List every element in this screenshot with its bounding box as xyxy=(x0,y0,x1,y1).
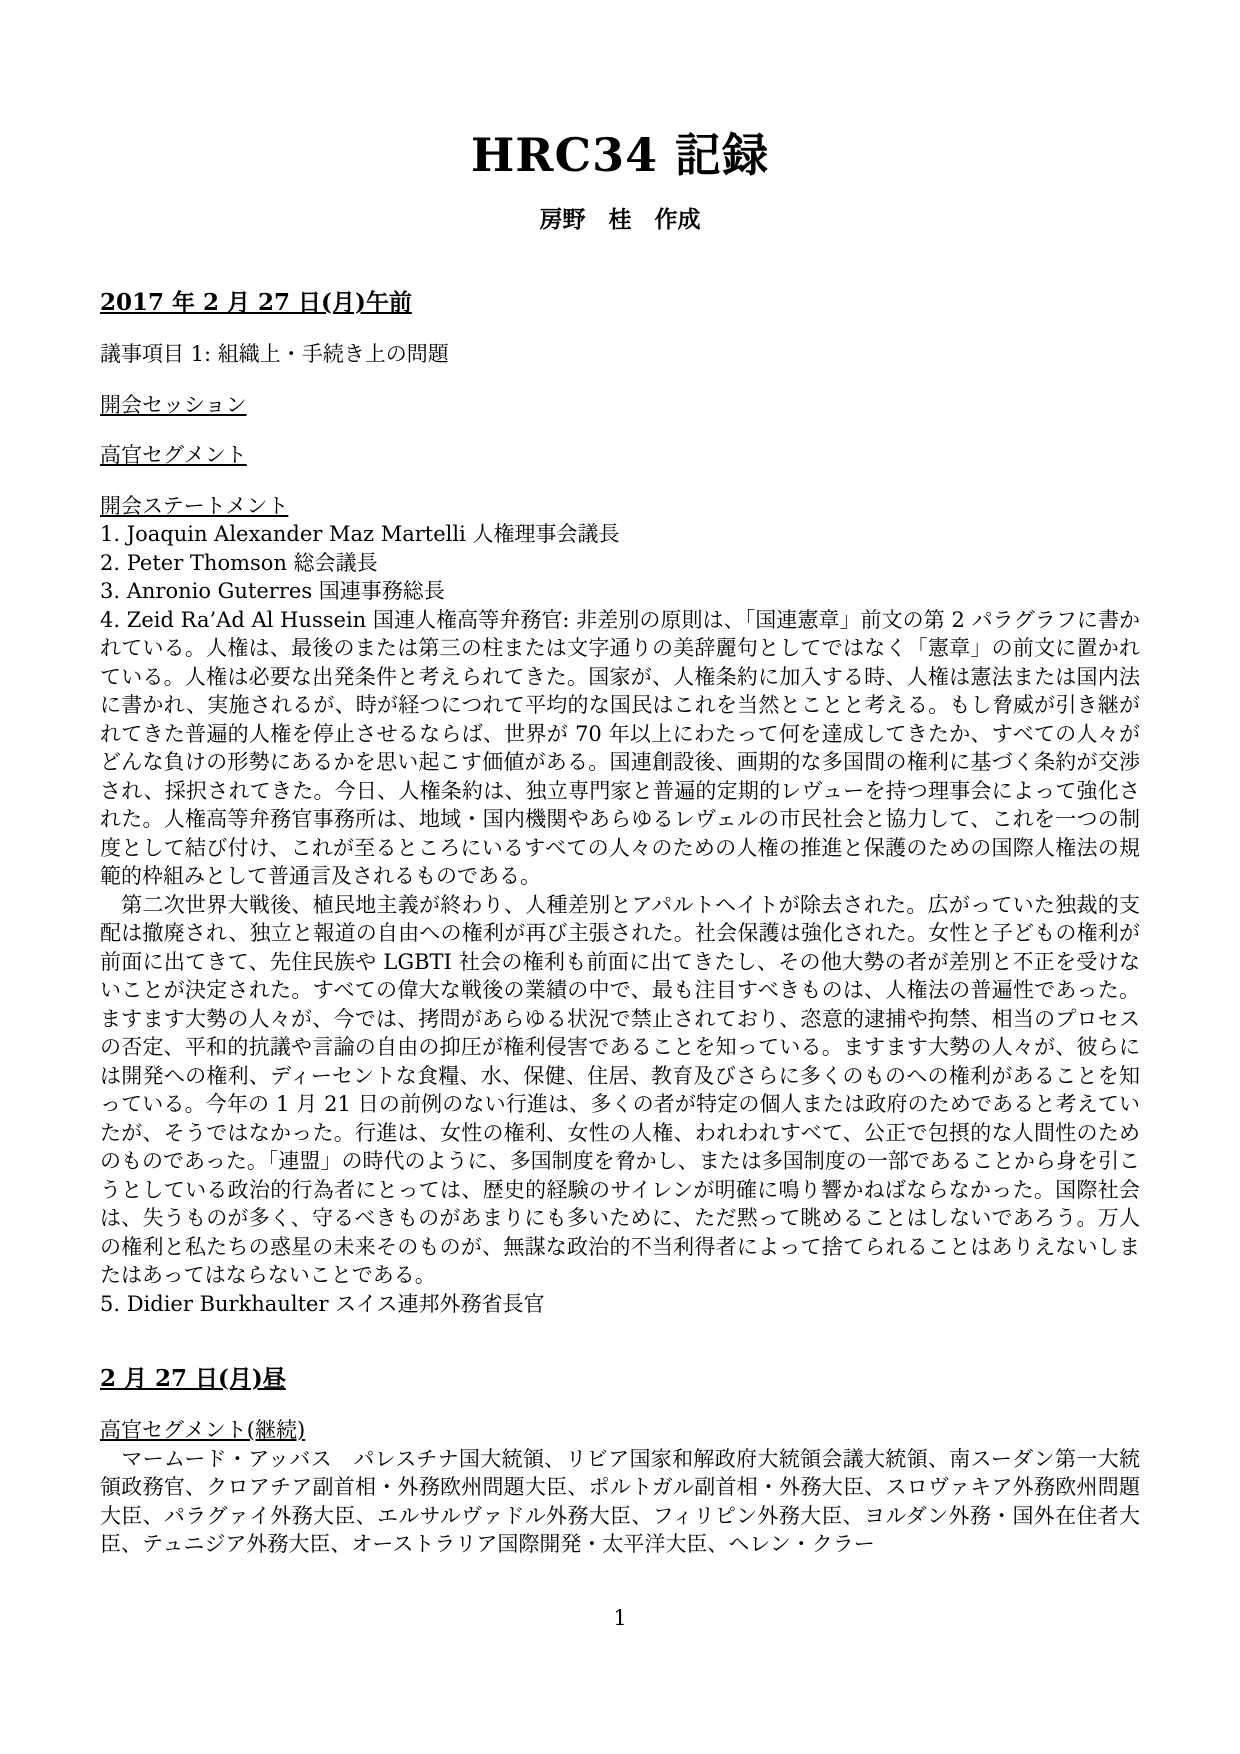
document-page: HRC34 記録 房野 桂 作成 2017 年 2 月 27 日(月)午前 議事… xyxy=(0,0,1240,1754)
agenda-item: 議事項目 1: 組織上・手続き上の問題 xyxy=(100,340,1140,369)
statement-line-1: 1. Joaquin Alexander Maz Martelli 人権理事会議… xyxy=(100,520,1140,549)
opening-statements-list: 1. Joaquin Alexander Maz Martelli 人権理事会議… xyxy=(100,520,1140,1318)
opening-statements-subheading: 開会ステートメント xyxy=(100,492,1140,521)
morning-session-heading: 2017 年 2 月 27 日(月)午前 xyxy=(100,288,1140,318)
page-number: 1 xyxy=(0,1604,1240,1632)
midday-session-heading: 2 月 27 日(月)昼 xyxy=(100,1364,1140,1394)
high-level-segment-subheading: 高官セグメント xyxy=(100,441,1140,470)
statement-line-5: 5. Didier Burkhaulter スイス連邦外務省長官 xyxy=(100,1290,1140,1319)
opening-session-subheading: 開会セッション xyxy=(100,391,1140,420)
statement-line-4-continued: 第二次世界大戦後、植民地主義が終わり、人種差別とアパルトヘイトが除去された。広が… xyxy=(100,891,1140,1290)
statement-line-3: 3. Anronio Guterres 国連事務総長 xyxy=(100,577,1140,606)
continued-segment-subheading: 高官セグメント(継続) xyxy=(100,1416,1140,1445)
document-title: HRC34 記録 xyxy=(100,125,1140,185)
author-line: 房野 桂 作成 xyxy=(100,205,1140,235)
statement-line-4: 4. Zeid Ra’Ad Al Hussein 国連人権高等弁務官: 非差別の… xyxy=(100,606,1140,891)
statement-line-2: 2. Peter Thomson 総会議長 xyxy=(100,549,1140,578)
speakers-paragraph: マームード・アッバス パレスチナ国大統領、リビア国家和解政府大統領会議大統領、南… xyxy=(100,1445,1140,1559)
